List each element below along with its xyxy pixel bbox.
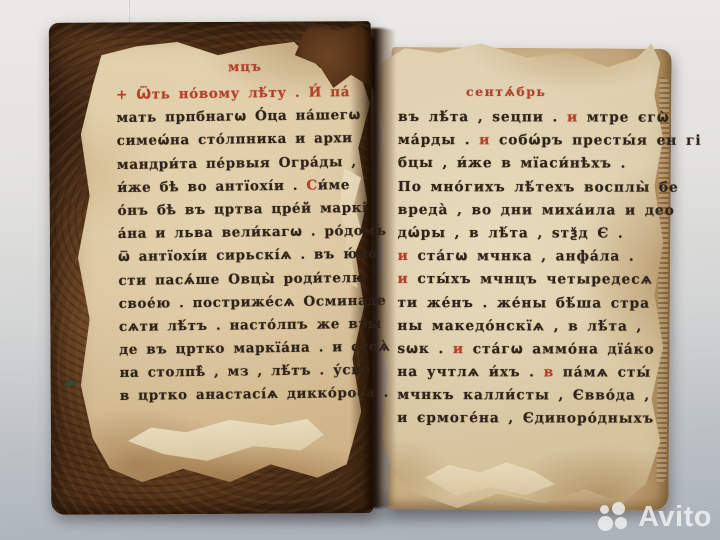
text-line: сти пасѧ́ше Овцы̀ роди́телю	[118, 266, 389, 292]
text-line: мчнкъ калли́сты , Євво́да ,	[397, 384, 701, 408]
text-line: бцы , и́же в мїаси́нѣхъ .	[398, 152, 702, 176]
text-line: мать прпбнагѡ О́ца на́шегѡ	[116, 104, 387, 130]
text-line: де въ цртко маркїа́на . и стоѧ̀	[119, 336, 390, 362]
text-line: По мно́гихъ лѣ́техъ восплы̀ бе	[398, 176, 702, 200]
text-line: свое́ю . постриже́сѧ Осминаде	[119, 289, 390, 315]
text-line: на столпѣ̀ , мз , лѣ́тъ . у́спе	[119, 359, 390, 385]
text-line: + Ѿть но́вому лѣ́ту . И́ па́	[116, 81, 387, 107]
text-line: въ лѣ́та , ѕецпи . и мтре єгѡ̀	[398, 106, 702, 130]
left-page-text: + Ѿть но́вому лѣ́ту . И́ па́мать прпбнаг…	[116, 81, 391, 409]
text-line: симеѡ́на сто́лпника и архи	[117, 127, 388, 153]
photo-antique-book: мцъ + Ѿть но́вому лѣ́ту . И́ па́мать прп…	[0, 0, 720, 540]
text-line: ма́рды . и собѡ́ръ престы́я ен гі	[398, 129, 702, 153]
text-line: ѿ антїохі́и сирьскі́ѧ . въ ю́но	[118, 243, 389, 269]
text-line: ны македо́нскїѧ , в лѣ́та ,	[397, 315, 701, 339]
text-line: вреда̀ , во дни миха́ила и део	[398, 199, 702, 223]
text-line: на учтлѧ и́хъ . в па́мѧ сты́	[397, 361, 701, 385]
text-line: в цртко анастасі́ѧ дикко́роса .	[120, 382, 391, 408]
left-page-header: мцъ	[228, 60, 262, 76]
text-line: сѧти лѣ́тъ . насто́лпъ же взы́	[119, 313, 390, 339]
text-line: а́на и льва вели́кагѡ . ро́домъ	[118, 220, 389, 246]
text-line: мандри́та пе́рвыя Огра́ды ,	[117, 150, 388, 176]
text-line: дѡ́ры , в лѣ́та , ѕтѯд Є .	[398, 222, 702, 246]
text-line: о́нъ бѣ въ цртва цре́й маркі	[117, 197, 388, 223]
text-line: и сты́хъ мчнцъ четыредесѧ	[398, 268, 702, 292]
text-line: ѕѡк . и ста́гѡ аммо́на дїа́ко	[397, 338, 701, 362]
text-line: и ста́гѡ мчнка , анфа́ла .	[398, 245, 702, 269]
text-line: и́же бѣ во антїохі́и . Си́ме	[117, 173, 388, 199]
avito-wordmark: Avito	[638, 501, 712, 534]
right-page-text: въ лѣ́та , ѕецпи . и мтре єгѡ̀ма́рды . и…	[397, 106, 701, 431]
avito-logo-icon	[598, 502, 632, 534]
text-line: и єрмоге́на , Єдиноро́дныхъ	[397, 407, 701, 431]
right-page-header: сентѧ́брь	[466, 84, 546, 99]
text-line: ти же́нъ . же́ны бѣ́ша стра	[397, 291, 701, 315]
avito-watermark: Avito	[598, 501, 712, 534]
